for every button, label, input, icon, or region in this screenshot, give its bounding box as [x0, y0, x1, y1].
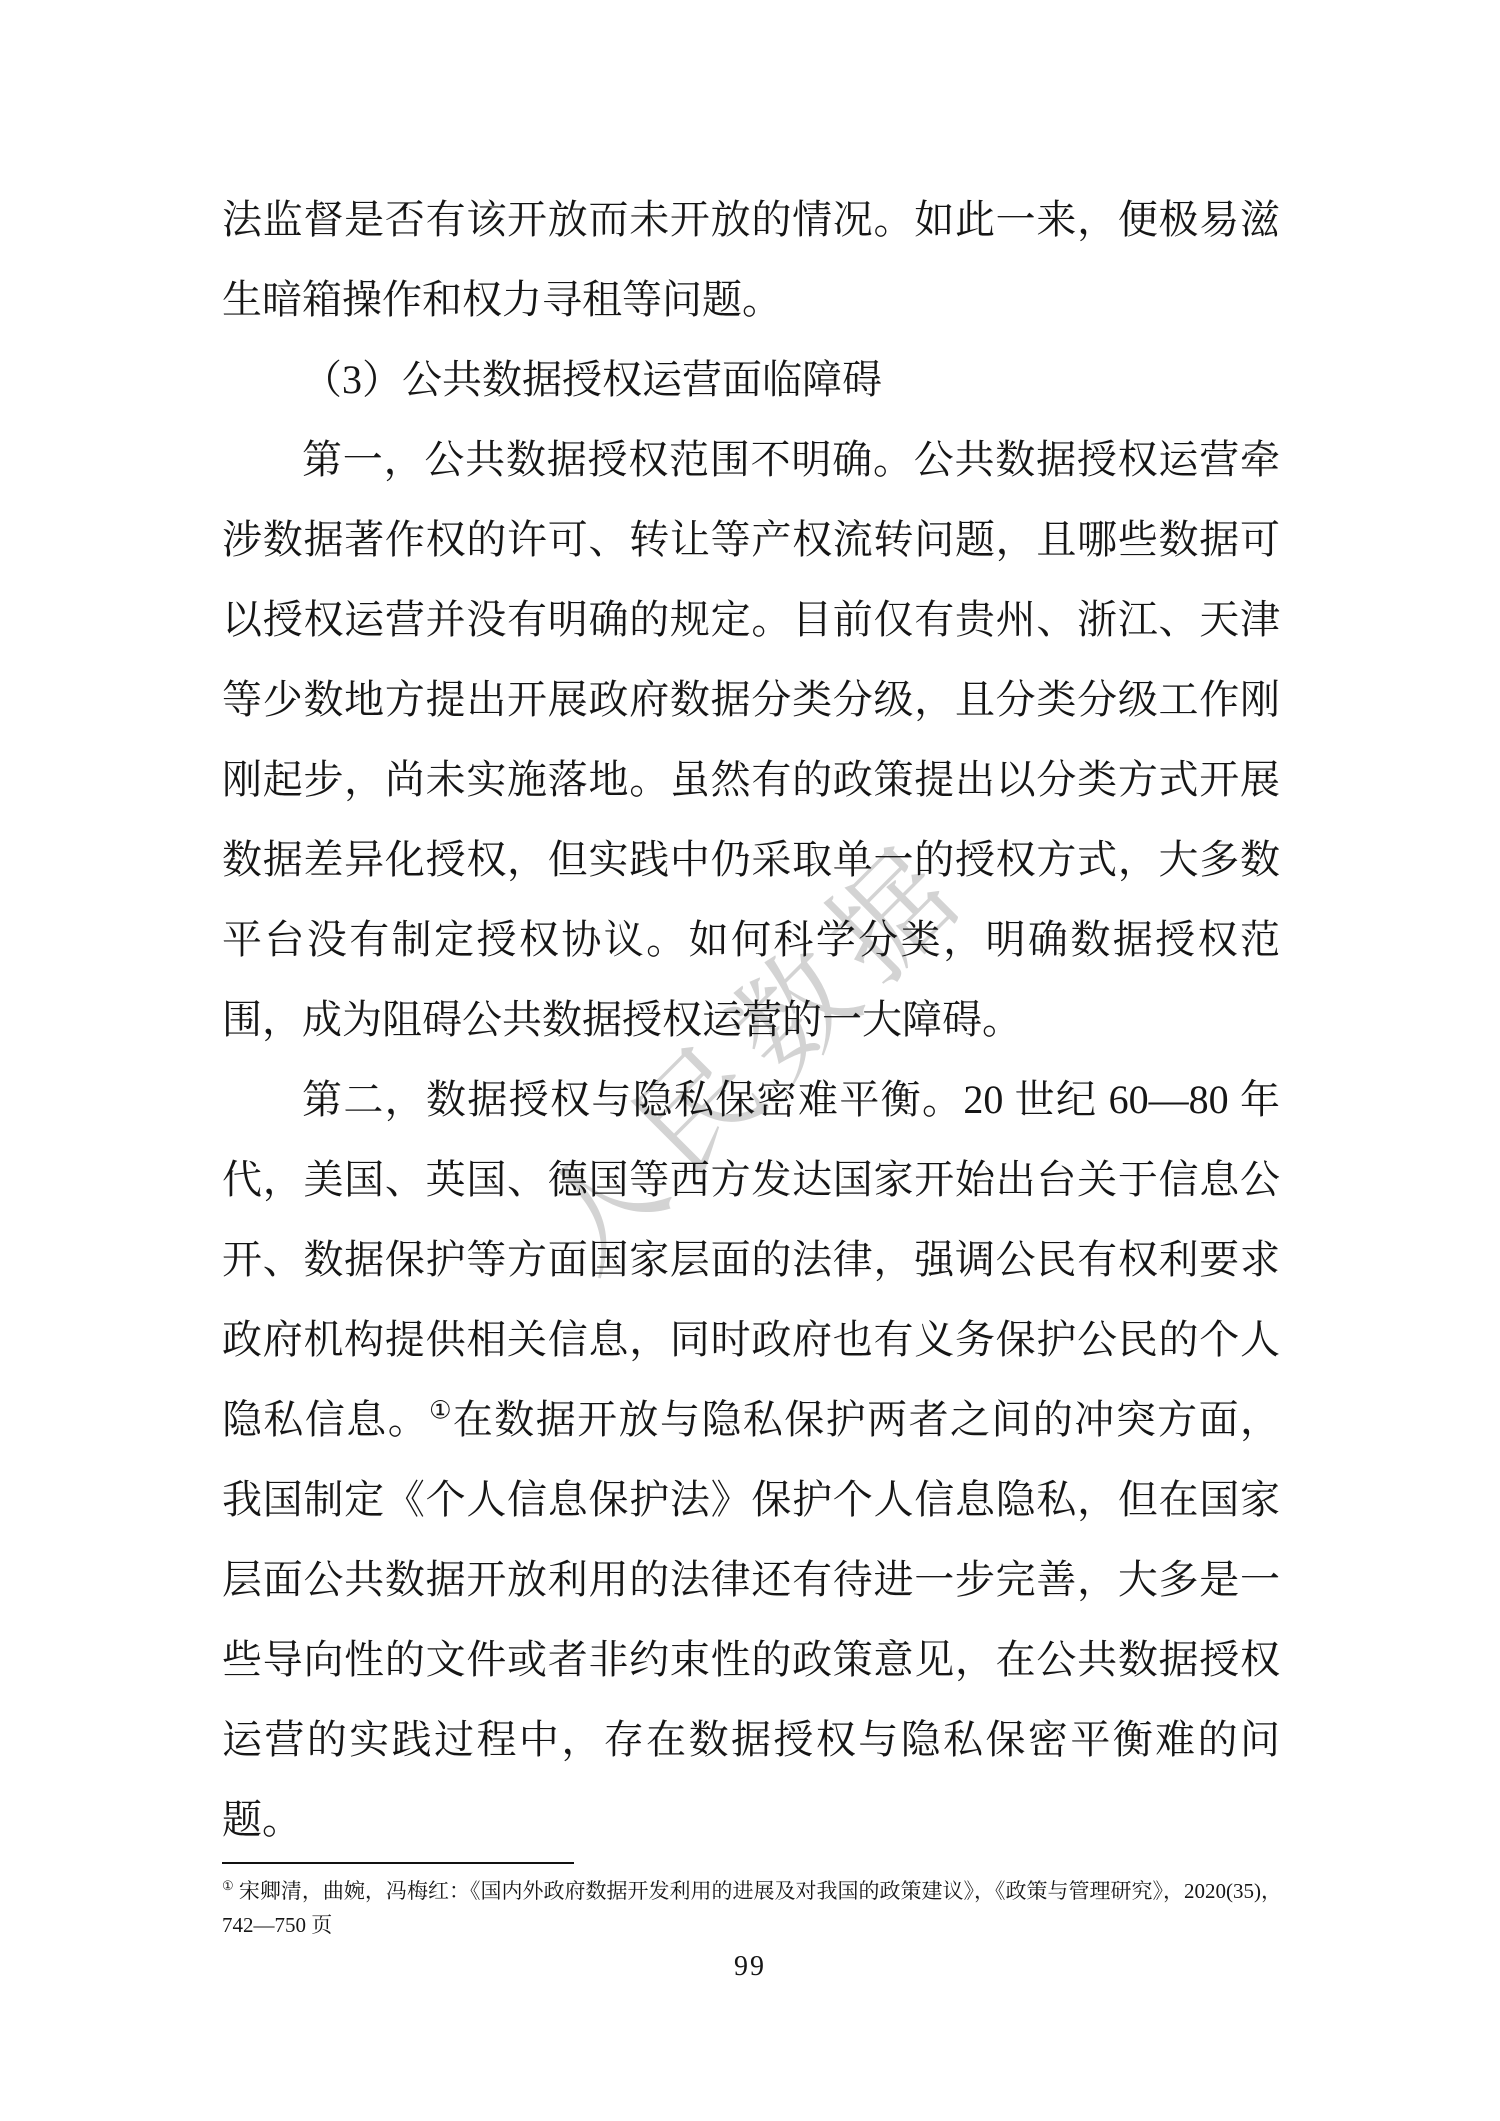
page-number: 99 — [0, 1951, 1500, 1983]
paragraph-4-text-after-ref: 在数据开放与隐私保护两者之间的冲突方面，我国制定《个人信息保护法》保护个人信息隐… — [222, 1397, 1280, 1842]
paragraph-4: 第二，数据授权与隐私保密难平衡。20 世纪 60—80 年代，美国、英国、德国等… — [222, 1060, 1280, 1860]
footnote-mark: ① — [222, 1878, 234, 1893]
paragraph-3: 第一，公共数据授权范围不明确。公共数据授权运营牵涉数据著作权的许可、转让等产权流… — [222, 420, 1280, 1060]
footnote-text: 宋卿清，曲婉，冯梅红：《国内外政府数据开发利用的进展及对我国的政策建议》，《政策… — [222, 1879, 1282, 1937]
footnote-separator — [222, 1862, 574, 1864]
paragraph-4-text-before-ref: 第二，数据授权与隐私保密难平衡。20 世纪 60—80 年代，美国、英国、德国等… — [222, 1077, 1280, 1442]
body-text: 法监督是否有该开放而未开放的情况。如此一来，便极易滋生暗箱操作和权力寻租等问题。… — [222, 180, 1280, 1860]
document-page: 人民数据 法监督是否有该开放而未开放的情况。如此一来，便极易滋生暗箱操作和权力寻… — [0, 0, 1500, 2121]
paragraph-1: 法监督是否有该开放而未开放的情况。如此一来，便极易滋生暗箱操作和权力寻租等问题。 — [222, 180, 1280, 340]
footnote-ref-mark: ① — [429, 1398, 453, 1425]
footnote: ① 宋卿清，曲婉，冯梅红：《国内外政府数据开发利用的进展及对我国的政策建议》，《… — [222, 1874, 1282, 1942]
section-heading: （3）公共数据授权运营面临障碍 — [222, 340, 1280, 420]
